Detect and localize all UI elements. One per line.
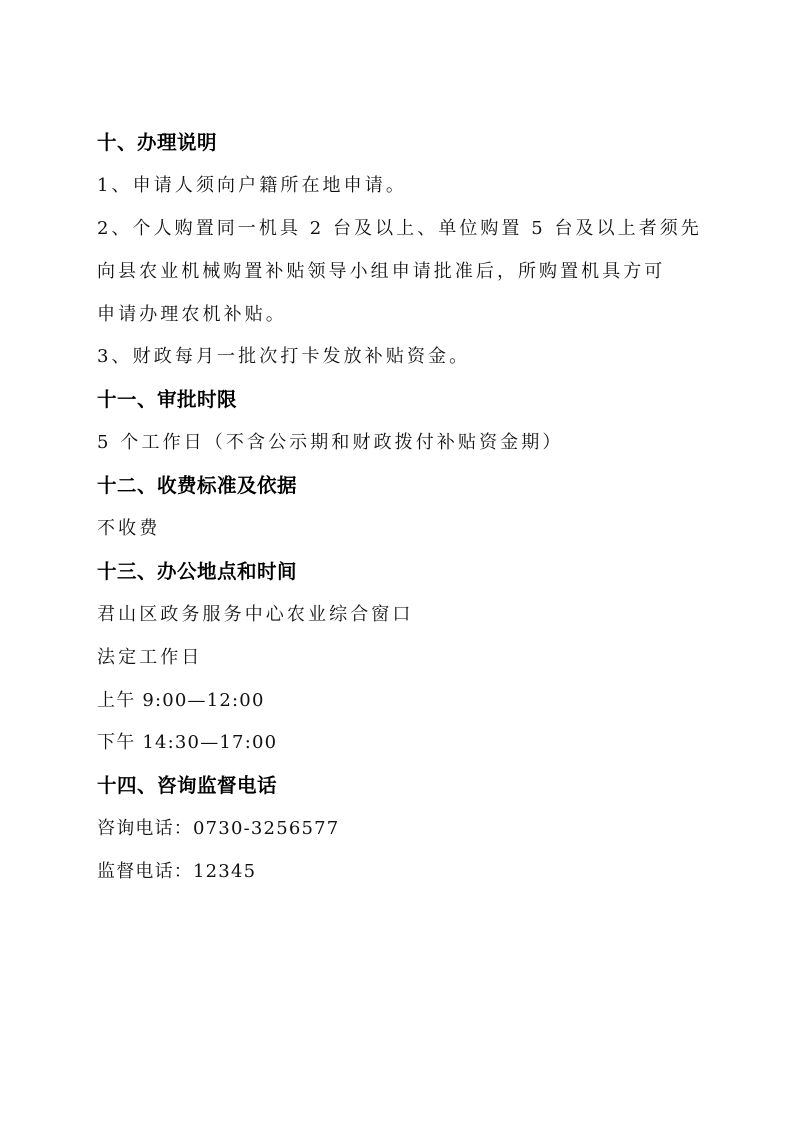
fee-standard-text: 不收费	[97, 508, 701, 551]
section-heading-office-location-hours: 十三、办公地点和时间	[97, 551, 701, 594]
section-heading-fee-standard: 十二、收费标准及依据	[97, 465, 701, 508]
working-days: 法定工作日	[97, 637, 701, 680]
section-heading-approval-time-limit: 十一、审批时限	[97, 379, 701, 422]
note-2-line-1: 2、个人购置同一机具 2 台及以上、单位购置 5 台及以上者须先	[97, 208, 701, 251]
note-3: 3、财政每月一批次打卡发放补贴资金。	[97, 336, 701, 379]
morning-hours: 上午 9:00—12:00	[97, 680, 701, 723]
note-1: 1、申请人须向户籍所在地申请。	[97, 165, 701, 208]
section-heading-handling-notes: 十、办理说明	[97, 122, 701, 165]
consultation-phone: 咨询电话：0730-3256577	[97, 808, 701, 851]
section-heading-contact-phones: 十四、咨询监督电话	[97, 765, 701, 808]
approval-time-limit-text: 5 个工作日（不含公示期和财政拨付补贴资金期）	[97, 422, 701, 465]
supervision-phone: 监督电话：12345	[97, 851, 701, 894]
note-2-line-2: 向县农业机械购置补贴领导小组申请批准后，所购置机具方可	[97, 251, 701, 294]
afternoon-hours: 下午 14:30—17:00	[97, 722, 701, 765]
note-2-line-3: 申请办理农机补贴。	[97, 294, 701, 337]
office-location: 君山区政务服务中心农业综合窗口	[97, 594, 701, 637]
document-page: 十、办理说明 1、申请人须向户籍所在地申请。 2、个人购置同一机具 2 台及以上…	[97, 122, 701, 894]
